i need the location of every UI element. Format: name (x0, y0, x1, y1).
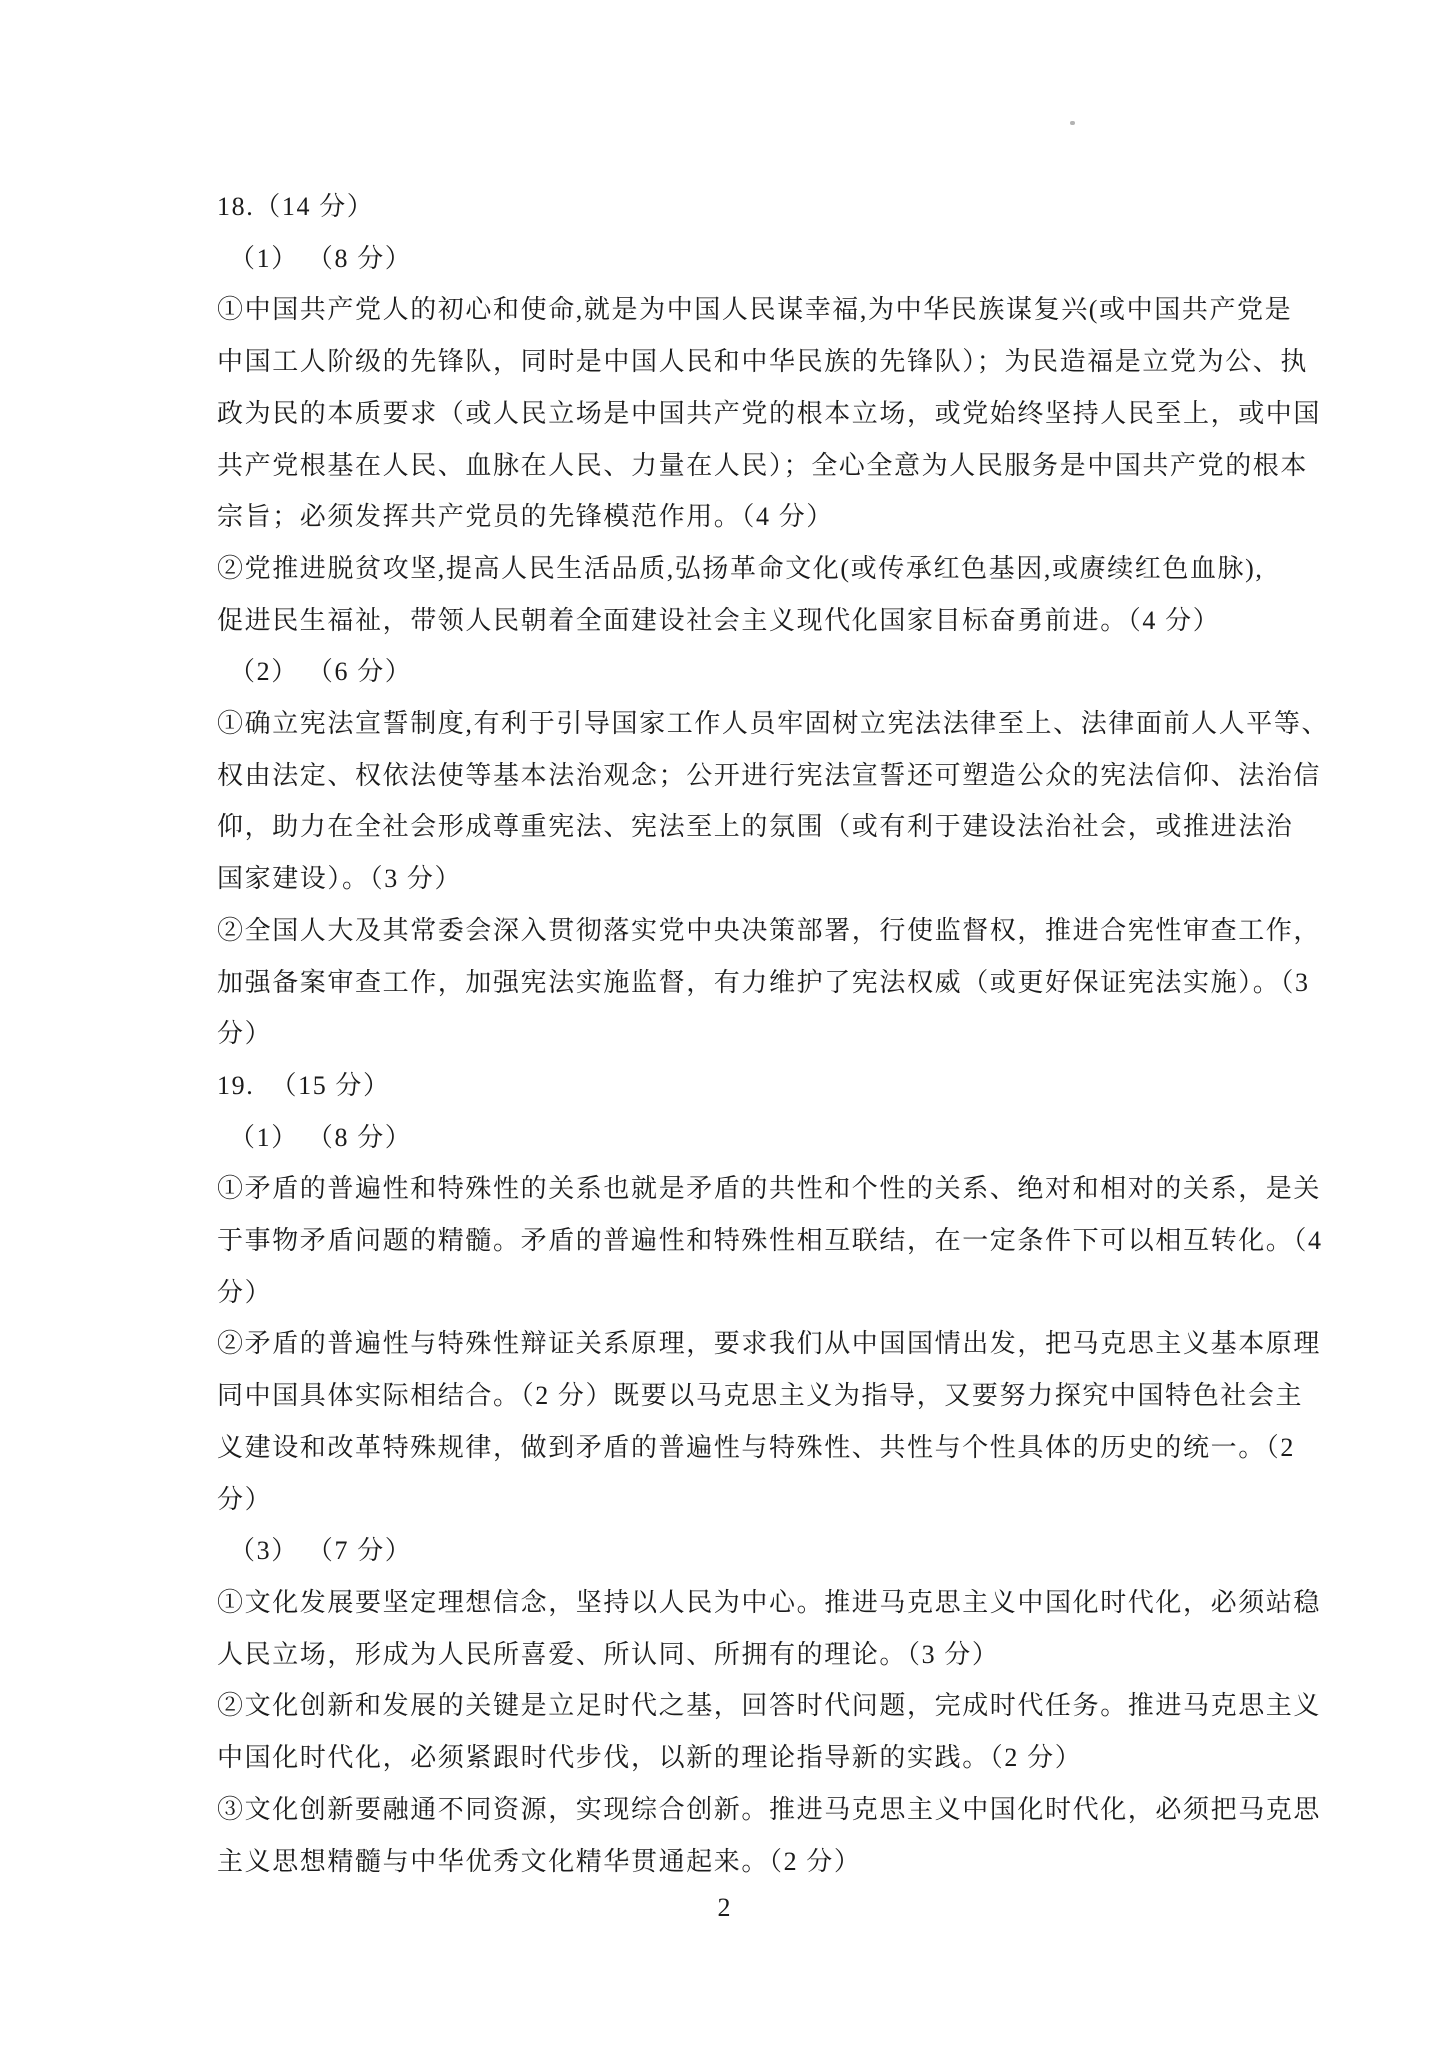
text-line: 政为民的本质要求（或人民立场是中国共产党的根本立场，或党始终坚持人民至上，或中国 (217, 388, 1317, 440)
text-line: 分） (217, 1267, 1317, 1319)
text-line: 宗旨；必须发挥共产党员的先锋模范作用。（4 分） (217, 491, 1317, 543)
text-line: 主义思想精髓与中华优秀文化精华贯通起来。（2 分） (217, 1836, 1317, 1888)
text-line: ①文化发展要坚定理想信念，坚持以人民为中心。推进马克思主义中国化时代化，必须站稳 (217, 1577, 1317, 1629)
text-line: 共产党根基在人民、血脉在人民、力量在人民）；全心全意为人民服务是中国共产党的根本 (217, 440, 1317, 492)
text-line: ②文化创新和发展的关键是立足时代之基，回答时代问题，完成时代任务。推进马克思主义 (217, 1680, 1317, 1732)
document-body: 18.（14 分）（1） （8 分）①中国共产党人的初心和使命,就是为中国人民谋… (217, 181, 1317, 1887)
text-line: ②党推进脱贫攻坚,提高人民生活品质,弘扬革命文化(或传承红色基因,或赓续红色血脉… (217, 543, 1317, 595)
scan-artifact-dot (1070, 121, 1075, 125)
text-line: 分） (217, 1008, 1317, 1060)
text-line: （3） （7 分） (217, 1525, 1317, 1577)
text-line: ①确立宪法宣誓制度,有利于引导国家工作人员牢固树立宪法法律至上、法律面前人人平等… (217, 698, 1317, 750)
text-line: 权由法定、权依法使等基本法治观念；公开进行宪法宣誓还可塑造公众的宪法信仰、法治信 (217, 750, 1317, 802)
text-line: ③文化创新要融通不同资源，实现综合创新。推进马克思主义中国化时代化，必须把马克思 (217, 1784, 1317, 1836)
text-line: 促进民生福祉，带领人民朝着全面建设社会主义现代化国家目标奋勇前进。（4 分） (217, 595, 1317, 647)
text-line: ①矛盾的普遍性和特殊性的关系也就是矛盾的共性和个性的关系、绝对和相对的关系，是关 (217, 1163, 1317, 1215)
text-line: 义建设和改革特殊规律，做到矛盾的普遍性与特殊性、共性与个性具体的历史的统一。（2 (217, 1422, 1317, 1474)
text-line: 人民立场，形成为人民所喜爱、所认同、所拥有的理论。（3 分） (217, 1629, 1317, 1681)
text-line: ②全国人大及其常委会深入贯彻落实党中央决策部署，行使监督权，推进合宪性审查工作， (217, 905, 1317, 957)
text-line: 中国工人阶级的先锋队，同时是中国人民和中华民族的先锋队）；为民造福是立党为公、执 (217, 336, 1317, 388)
text-line: （2） （6 分） (217, 646, 1317, 698)
text-line: 同中国具体实际相结合。（2 分）既要以马克思主义为指导，又要努力探究中国特色社会… (217, 1370, 1317, 1422)
text-line: ①中国共产党人的初心和使命,就是为中国人民谋幸福,为中华民族谋复兴(或中国共产党… (217, 284, 1317, 336)
text-line: 19. （15 分） (217, 1060, 1317, 1112)
text-line: ②矛盾的普遍性与特殊性辩证关系原理，要求我们从中国国情出发，把马克思主义基本原理 (217, 1318, 1317, 1370)
text-line: （1） （8 分） (217, 233, 1317, 285)
text-line: 仰，助力在全社会形成尊重宪法、宪法至上的氛围（或有利于建设法治社会，或推进法治 (217, 801, 1317, 853)
page-number: 2 (0, 1888, 1448, 1928)
text-line: 加强备案审查工作，加强宪法实施监督，有力维护了宪法权威（或更好保证宪法实施）。（… (217, 957, 1317, 1009)
text-line: 国家建设）。（3 分） (217, 853, 1317, 905)
text-line: 18.（14 分） (217, 181, 1317, 233)
text-line: 分） (217, 1474, 1317, 1526)
text-line: 中国化时代化，必须紧跟时代步伐，以新的理论指导新的实践。（2 分） (217, 1732, 1317, 1784)
text-line: 于事物矛盾问题的精髓。矛盾的普遍性和特殊性相互联结，在一定条件下可以相互转化。（… (217, 1215, 1317, 1267)
text-line: （1） （8 分） (217, 1112, 1317, 1164)
